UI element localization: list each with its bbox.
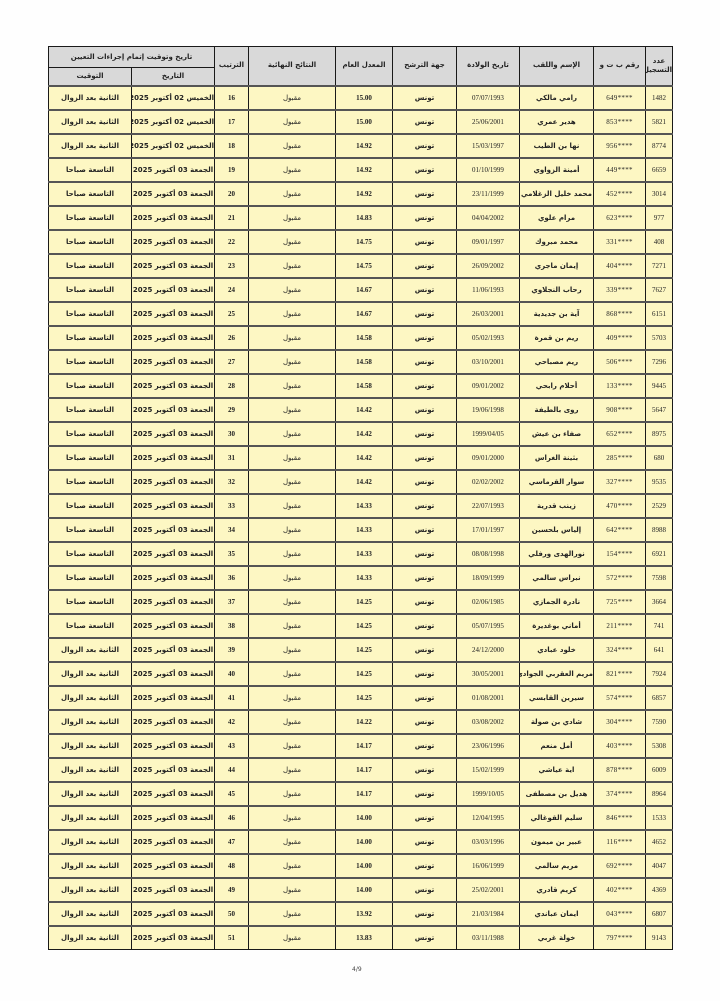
- birth-date-cell: 01/08/2001: [457, 686, 520, 710]
- average-cell: 14.83: [336, 206, 393, 230]
- time-cell: التاسعة صباحا: [49, 470, 132, 494]
- time-cell: الثانية بعد الزوال: [49, 710, 132, 734]
- name-cell: محمد خليل الزغلامي: [520, 182, 594, 206]
- region-cell: تونس: [393, 326, 457, 350]
- birth-date-cell: 23/11/1999: [457, 182, 520, 206]
- birth-date-cell: 25/06/2001: [457, 110, 520, 134]
- table-row: 8774 ****956 نها بن الطيب 15/03/1997 تون…: [49, 134, 673, 158]
- date-cell: الجمعة 03 أكتوبر 2025: [132, 806, 215, 830]
- registration-no-cell: 3014: [646, 182, 673, 206]
- cin-cell: ****285: [594, 446, 646, 470]
- rank-cell: 41: [215, 686, 249, 710]
- final-result-cell: مقبول: [249, 806, 336, 830]
- average-cell: 14.92: [336, 134, 393, 158]
- date-cell: الخميس 02 أكتوبر 2025: [132, 86, 215, 110]
- time-cell: التاسعة صباحا: [49, 614, 132, 638]
- time-cell: التاسعة صباحا: [49, 350, 132, 374]
- birth-date-cell: 03/10/2001: [457, 350, 520, 374]
- date-cell: الجمعة 03 أكتوبر 2025: [132, 686, 215, 710]
- cin-cell: ****154: [594, 542, 646, 566]
- region-cell: تونس: [393, 422, 457, 446]
- final-result-cell: مقبول: [249, 782, 336, 806]
- average-cell: 14.00: [336, 854, 393, 878]
- name-cell: نها بن الطيب: [520, 134, 594, 158]
- name-cell: سوار القرماسي: [520, 470, 594, 494]
- name-cell: كريم قادري: [520, 878, 594, 902]
- cin-cell: ****846: [594, 806, 646, 830]
- region-cell: تونس: [393, 758, 457, 782]
- cin-cell: ****133: [594, 374, 646, 398]
- header-rank: الترتيب: [215, 47, 249, 86]
- time-cell: التاسعة صباحا: [49, 566, 132, 590]
- table-row: 408 ****331 محمد مبروك 09/01/1997 تونس 1…: [49, 230, 673, 254]
- date-cell: الجمعة 03 أكتوبر 2025: [132, 326, 215, 350]
- birth-date-cell: 19/06/1998: [457, 398, 520, 422]
- table-row: 977 ****623 مرام علوي 04/04/2002 تونس 14…: [49, 206, 673, 230]
- region-cell: تونس: [393, 782, 457, 806]
- date-cell: الجمعة 03 أكتوبر 2025: [132, 782, 215, 806]
- cin-cell: ****470: [594, 494, 646, 518]
- cin-cell: ****868: [594, 302, 646, 326]
- average-cell: 15.00: [336, 86, 393, 110]
- average-cell: 14.92: [336, 158, 393, 182]
- final-result-cell: مقبول: [249, 326, 336, 350]
- final-result-cell: مقبول: [249, 206, 336, 230]
- cin-cell: ****324: [594, 638, 646, 662]
- birth-date-cell: 01/10/1999: [457, 158, 520, 182]
- time-cell: التاسعة صباحا: [49, 206, 132, 230]
- rank-cell: 35: [215, 542, 249, 566]
- average-cell: 14.33: [336, 518, 393, 542]
- page-number: 4/9: [352, 966, 362, 973]
- time-cell: التاسعة صباحا: [49, 542, 132, 566]
- cin-cell: ****821: [594, 662, 646, 686]
- date-cell: الجمعة 03 أكتوبر 2025: [132, 566, 215, 590]
- date-cell: الجمعة 03 أكتوبر 2025: [132, 206, 215, 230]
- table-row: 8988 ****642 إلياس بلحسين 17/01/1997 تون…: [49, 518, 673, 542]
- rank-cell: 32: [215, 470, 249, 494]
- birth-date-cell: 08/08/1998: [457, 542, 520, 566]
- table-row: 9535 ****327 سوار القرماسي 02/02/2002 تو…: [49, 470, 673, 494]
- name-cell: هديل بن مصطفى: [520, 782, 594, 806]
- final-result-cell: مقبول: [249, 662, 336, 686]
- average-cell: 14.33: [336, 494, 393, 518]
- date-cell: الجمعة 03 أكتوبر 2025: [132, 446, 215, 470]
- cin-cell: ****449: [594, 158, 646, 182]
- cin-cell: ****652: [594, 422, 646, 446]
- rank-cell: 30: [215, 422, 249, 446]
- cin-cell: ****327: [594, 470, 646, 494]
- region-cell: تونس: [393, 902, 457, 926]
- name-cell: إيمان ماجري: [520, 254, 594, 278]
- region-cell: تونس: [393, 134, 457, 158]
- cin-cell: ****331: [594, 230, 646, 254]
- average-cell: 14.42: [336, 398, 393, 422]
- average-cell: 14.17: [336, 734, 393, 758]
- average-cell: 14.42: [336, 446, 393, 470]
- average-cell: 14.58: [336, 350, 393, 374]
- birth-date-cell: 11/06/1993: [457, 278, 520, 302]
- region-cell: تونس: [393, 878, 457, 902]
- registration-no-cell: 7598: [646, 566, 673, 590]
- region-cell: تونس: [393, 278, 457, 302]
- birth-date-cell: 12/04/1995: [457, 806, 520, 830]
- final-result-cell: مقبول: [249, 230, 336, 254]
- final-result-cell: مقبول: [249, 854, 336, 878]
- region-cell: تونس: [393, 86, 457, 110]
- final-result-cell: مقبول: [249, 398, 336, 422]
- header-cin: رقم ب ت و: [594, 47, 646, 86]
- table-row: 7296 ****506 ريم مصباحي 03/10/2001 تونس …: [49, 350, 673, 374]
- final-result-cell: مقبول: [249, 638, 336, 662]
- average-cell: 14.17: [336, 782, 393, 806]
- final-result-cell: مقبول: [249, 542, 336, 566]
- time-cell: الثانية بعد الزوال: [49, 758, 132, 782]
- header-average: المعدل العام: [336, 47, 393, 86]
- header-final-result: النتائج النهائية: [249, 47, 336, 86]
- table-row: 4652 ****116 عبير بن ميمون 03/03/1996 تو…: [49, 830, 673, 854]
- rank-cell: 28: [215, 374, 249, 398]
- time-cell: الثانية بعد الزوال: [49, 782, 132, 806]
- average-cell: 14.00: [336, 806, 393, 830]
- time-cell: الثانية بعد الزوال: [49, 110, 132, 134]
- name-cell: محمد مبروك: [520, 230, 594, 254]
- registration-no-cell: 6921: [646, 542, 673, 566]
- final-result-cell: مقبول: [249, 302, 336, 326]
- time-cell: التاسعة صباحا: [49, 278, 132, 302]
- header-date: التاريخ: [132, 68, 215, 86]
- rank-cell: 39: [215, 638, 249, 662]
- final-result-cell: مقبول: [249, 902, 336, 926]
- header-name: الإسم واللقب: [520, 47, 594, 86]
- average-cell: 14.17: [336, 758, 393, 782]
- birth-date-cell: 30/05/2001: [457, 662, 520, 686]
- table-row: 5647 ****908 روى بالطيفة 19/06/1998 تونس…: [49, 398, 673, 422]
- time-cell: الثانية بعد الزوال: [49, 806, 132, 830]
- time-cell: الثانية بعد الزوال: [49, 830, 132, 854]
- rank-cell: 33: [215, 494, 249, 518]
- average-cell: 14.42: [336, 470, 393, 494]
- time-cell: الثانية بعد الزوال: [49, 134, 132, 158]
- cin-cell: ****404: [594, 254, 646, 278]
- time-cell: الثانية بعد الزوال: [49, 86, 132, 110]
- birth-date-cell: 21/03/1984: [457, 902, 520, 926]
- rank-cell: 51: [215, 926, 249, 950]
- final-result-cell: مقبول: [249, 590, 336, 614]
- table-row: 4369 ****402 كريم قادري 25/02/2001 تونس …: [49, 878, 673, 902]
- registration-no-cell: 4047: [646, 854, 673, 878]
- final-result-cell: مقبول: [249, 926, 336, 950]
- name-cell: سليم القوغالي: [520, 806, 594, 830]
- registration-no-cell: 8975: [646, 422, 673, 446]
- rank-cell: 47: [215, 830, 249, 854]
- final-result-cell: مقبول: [249, 182, 336, 206]
- results-table: عدد التسجيل رقم ب ت و الإسم واللقب تاريخ…: [48, 46, 673, 950]
- rank-cell: 34: [215, 518, 249, 542]
- registration-no-cell: 7296: [646, 350, 673, 374]
- registration-no-cell: 8964: [646, 782, 673, 806]
- cin-cell: ****304: [594, 710, 646, 734]
- rank-cell: 22: [215, 230, 249, 254]
- table-row: 7627 ****339 رحاب النجلاوي 11/06/1993 تو…: [49, 278, 673, 302]
- date-cell: الخميس 02 أكتوبر 2025: [132, 134, 215, 158]
- registration-no-cell: 6009: [646, 758, 673, 782]
- final-result-cell: مقبول: [249, 686, 336, 710]
- birth-date-cell: 09/01/2002: [457, 374, 520, 398]
- rank-cell: 48: [215, 854, 249, 878]
- registration-no-cell: 8988: [646, 518, 673, 542]
- table-row: 741 ****211 أماني بوغديرة 05/07/1995 تون…: [49, 614, 673, 638]
- rank-cell: 43: [215, 734, 249, 758]
- region-cell: تونس: [393, 494, 457, 518]
- registration-no-cell: 7924: [646, 662, 673, 686]
- table-row: 6659 ****449 أمينة الزواوي 01/10/1999 تو…: [49, 158, 673, 182]
- date-cell: الجمعة 03 أكتوبر 2025: [132, 854, 215, 878]
- date-cell: الجمعة 03 أكتوبر 2025: [132, 398, 215, 422]
- date-cell: الجمعة 03 أكتوبر 2025: [132, 158, 215, 182]
- registration-no-cell: 641: [646, 638, 673, 662]
- average-cell: 14.25: [336, 590, 393, 614]
- table-row: 5308 ****403 أمل منعم 23/06/1996 تونس 14…: [49, 734, 673, 758]
- cin-cell: ****649: [594, 86, 646, 110]
- date-cell: الجمعة 03 أكتوبر 2025: [132, 614, 215, 638]
- time-cell: التاسعة صباحا: [49, 230, 132, 254]
- date-cell: الجمعة 03 أكتوبر 2025: [132, 590, 215, 614]
- table-row: 6151 ****868 آية بن جديدية 26/03/2001 تو…: [49, 302, 673, 326]
- date-cell: الجمعة 03 أكتوبر 2025: [132, 734, 215, 758]
- registration-no-cell: 741: [646, 614, 673, 638]
- final-result-cell: مقبول: [249, 254, 336, 278]
- name-cell: أماني بوغديرة: [520, 614, 594, 638]
- birth-date-cell: 02/06/1985: [457, 590, 520, 614]
- birth-date-cell: 16/06/1999: [457, 854, 520, 878]
- registration-no-cell: 7627: [646, 278, 673, 302]
- name-cell: نبراس سالمي: [520, 566, 594, 590]
- average-cell: 14.42: [336, 422, 393, 446]
- birth-date-cell: 23/06/1996: [457, 734, 520, 758]
- time-cell: التاسعة صباحا: [49, 326, 132, 350]
- final-result-cell: مقبول: [249, 758, 336, 782]
- header-region: جهة الترشح: [393, 47, 457, 86]
- region-cell: تونس: [393, 110, 457, 134]
- time-cell: الثانية بعد الزوال: [49, 662, 132, 686]
- registration-no-cell: 5703: [646, 326, 673, 350]
- region-cell: تونس: [393, 230, 457, 254]
- final-result-cell: مقبول: [249, 422, 336, 446]
- birth-date-cell: 1999/04/05: [457, 422, 520, 446]
- rank-cell: 18: [215, 134, 249, 158]
- birth-date-cell: 25/02/2001: [457, 878, 520, 902]
- name-cell: أحلام رابحي: [520, 374, 594, 398]
- time-cell: التاسعة صباحا: [49, 518, 132, 542]
- birth-date-cell: 24/12/2000: [457, 638, 520, 662]
- final-result-cell: مقبول: [249, 830, 336, 854]
- document-page: عدد التسجيل رقم ب ت و الإسم واللقب تاريخ…: [0, 0, 720, 1001]
- rank-cell: 25: [215, 302, 249, 326]
- birth-date-cell: 15/03/1997: [457, 134, 520, 158]
- table-row: 6921 ****154 نورالهدى ورفلي 08/08/1998 ت…: [49, 542, 673, 566]
- cin-cell: ****211: [594, 614, 646, 638]
- date-cell: الجمعة 03 أكتوبر 2025: [132, 350, 215, 374]
- name-cell: مريم سالمي: [520, 854, 594, 878]
- date-cell: الجمعة 03 أكتوبر 2025: [132, 494, 215, 518]
- final-result-cell: مقبول: [249, 710, 336, 734]
- table-row: 5821 ****853 هدير عمري 25/06/2001 تونس 1…: [49, 110, 673, 134]
- rank-cell: 20: [215, 182, 249, 206]
- region-cell: تونس: [393, 254, 457, 278]
- average-cell: 15.00: [336, 110, 393, 134]
- average-cell: 14.25: [336, 662, 393, 686]
- name-cell: عبير بن ميمون: [520, 830, 594, 854]
- table-row: 3014 ****452 محمد خليل الزغلامي 23/11/19…: [49, 182, 673, 206]
- registration-no-cell: 9535: [646, 470, 673, 494]
- final-result-cell: مقبول: [249, 734, 336, 758]
- name-cell: نادرة الجمازي: [520, 590, 594, 614]
- date-cell: الخميس 02 أكتوبر 2025: [132, 110, 215, 134]
- name-cell: اية عياشي: [520, 758, 594, 782]
- date-cell: الجمعة 03 أكتوبر 2025: [132, 278, 215, 302]
- average-cell: 14.00: [336, 878, 393, 902]
- average-cell: 13.92: [336, 902, 393, 926]
- birth-date-cell: 04/04/2002: [457, 206, 520, 230]
- rank-cell: 49: [215, 878, 249, 902]
- cin-cell: ****043: [594, 902, 646, 926]
- name-cell: روى بالطيفة: [520, 398, 594, 422]
- average-cell: 14.67: [336, 302, 393, 326]
- average-cell: 14.25: [336, 614, 393, 638]
- registration-no-cell: 9143: [646, 926, 673, 950]
- rank-cell: 46: [215, 806, 249, 830]
- registration-no-cell: 9445: [646, 374, 673, 398]
- rank-cell: 26: [215, 326, 249, 350]
- date-cell: الجمعة 03 أكتوبر 2025: [132, 302, 215, 326]
- table-row: 9445 ****133 أحلام رابحي 09/01/2002 تونس…: [49, 374, 673, 398]
- registration-no-cell: 6857: [646, 686, 673, 710]
- region-cell: تونس: [393, 638, 457, 662]
- final-result-cell: مقبول: [249, 86, 336, 110]
- birth-date-cell: 07/07/1993: [457, 86, 520, 110]
- region-cell: تونس: [393, 710, 457, 734]
- final-result-cell: مقبول: [249, 446, 336, 470]
- time-cell: الثانية بعد الزوال: [49, 638, 132, 662]
- header-time: التوقيت: [49, 68, 132, 86]
- final-result-cell: مقبول: [249, 614, 336, 638]
- rank-cell: 37: [215, 590, 249, 614]
- average-cell: 14.75: [336, 230, 393, 254]
- cin-cell: ****574: [594, 686, 646, 710]
- average-cell: 14.67: [336, 278, 393, 302]
- rank-cell: 21: [215, 206, 249, 230]
- final-result-cell: مقبول: [249, 158, 336, 182]
- registration-no-cell: 680: [646, 446, 673, 470]
- name-cell: خولة غربي: [520, 926, 594, 950]
- final-result-cell: مقبول: [249, 374, 336, 398]
- region-cell: تونس: [393, 854, 457, 878]
- name-cell: بثينة الغراس: [520, 446, 594, 470]
- table-row: 6807 ****043 ايمان عباندي 21/03/1984 تون…: [49, 902, 673, 926]
- name-cell: آية بن جديدية: [520, 302, 594, 326]
- cin-cell: ****797: [594, 926, 646, 950]
- time-cell: الثانية بعد الزوال: [49, 686, 132, 710]
- rank-cell: 36: [215, 566, 249, 590]
- cin-cell: ****374: [594, 782, 646, 806]
- name-cell: شادي بن صولة: [520, 710, 594, 734]
- birth-date-cell: 15/02/1999: [457, 758, 520, 782]
- name-cell: مريم العقربي الجوادي: [520, 662, 594, 686]
- registration-no-cell: 4369: [646, 878, 673, 902]
- final-result-cell: مقبول: [249, 566, 336, 590]
- average-cell: 14.33: [336, 566, 393, 590]
- region-cell: تونس: [393, 614, 457, 638]
- average-cell: 13.83: [336, 926, 393, 950]
- average-cell: 14.00: [336, 830, 393, 854]
- registration-no-cell: 8774: [646, 134, 673, 158]
- region-cell: تونس: [393, 662, 457, 686]
- date-cell: الجمعة 03 أكتوبر 2025: [132, 182, 215, 206]
- time-cell: التاسعة صباحا: [49, 422, 132, 446]
- cin-cell: ****572: [594, 566, 646, 590]
- name-cell: مرام علوي: [520, 206, 594, 230]
- table-row: 6009 ****878 اية عياشي 15/02/1999 تونس 1…: [49, 758, 673, 782]
- table-row: 6857 ****574 سيرين القابسي 01/08/2001 تو…: [49, 686, 673, 710]
- registration-no-cell: 6151: [646, 302, 673, 326]
- region-cell: تونس: [393, 350, 457, 374]
- table-row: 7924 ****821 مريم العقربي الجوادي 30/05/…: [49, 662, 673, 686]
- time-cell: الثانية بعد الزوال: [49, 734, 132, 758]
- time-cell: الثانية بعد الزوال: [49, 926, 132, 950]
- average-cell: 14.25: [336, 686, 393, 710]
- date-cell: الجمعة 03 أكتوبر 2025: [132, 230, 215, 254]
- name-cell: أمينة الزواوي: [520, 158, 594, 182]
- header-appointment-group: تاريخ وتوقيت إتمام إجراءات التعيين: [49, 47, 215, 68]
- time-cell: الثانية بعد الزوال: [49, 902, 132, 926]
- region-cell: تونس: [393, 374, 457, 398]
- cin-cell: ****506: [594, 350, 646, 374]
- final-result-cell: مقبول: [249, 350, 336, 374]
- region-cell: تونس: [393, 206, 457, 230]
- date-cell: الجمعة 03 أكتوبر 2025: [132, 878, 215, 902]
- date-cell: الجمعة 03 أكتوبر 2025: [132, 422, 215, 446]
- birth-date-cell: 05/02/1993: [457, 326, 520, 350]
- registration-no-cell: 6807: [646, 902, 673, 926]
- registration-no-cell: 1533: [646, 806, 673, 830]
- cin-cell: ****908: [594, 398, 646, 422]
- date-cell: الجمعة 03 أكتوبر 2025: [132, 902, 215, 926]
- cin-cell: ****623: [594, 206, 646, 230]
- registration-no-cell: 408: [646, 230, 673, 254]
- final-result-cell: مقبول: [249, 110, 336, 134]
- table-row: 641 ****324 خلود عبادي 24/12/2000 تونس 1…: [49, 638, 673, 662]
- region-cell: تونس: [393, 470, 457, 494]
- cin-cell: ****956: [594, 134, 646, 158]
- date-cell: الجمعة 03 أكتوبر 2025: [132, 638, 215, 662]
- date-cell: الجمعة 03 أكتوبر 2025: [132, 830, 215, 854]
- rank-cell: 24: [215, 278, 249, 302]
- name-cell: رحاب النجلاوي: [520, 278, 594, 302]
- table-body: 1482 ****649 رامي مالكي 07/07/1993 تونس …: [49, 86, 673, 950]
- rank-cell: 40: [215, 662, 249, 686]
- table-row: 7590 ****304 شادي بن صولة 03/08/2002 تون…: [49, 710, 673, 734]
- table-row: 7271 ****404 إيمان ماجري 26/09/2002 تونس…: [49, 254, 673, 278]
- registration-no-cell: 5647: [646, 398, 673, 422]
- date-cell: الجمعة 03 أكتوبر 2025: [132, 926, 215, 950]
- birth-date-cell: 03/03/1996: [457, 830, 520, 854]
- rank-cell: 16: [215, 86, 249, 110]
- name-cell: صفاء بن عيش: [520, 422, 594, 446]
- table-row: 7598 ****572 نبراس سالمي 18/09/1999 تونس…: [49, 566, 673, 590]
- cin-cell: ****339: [594, 278, 646, 302]
- name-cell: خلود عبادي: [520, 638, 594, 662]
